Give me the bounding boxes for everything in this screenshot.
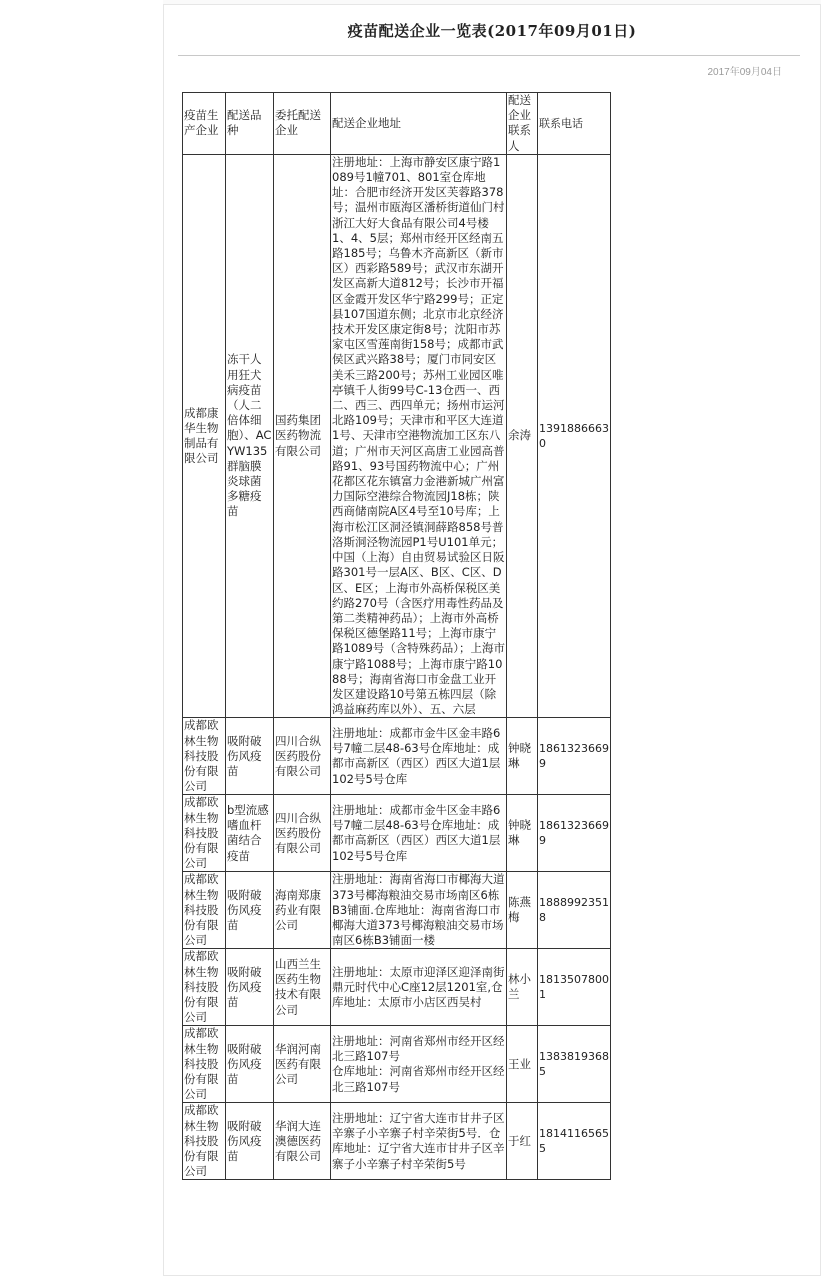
table-row: 成都欧林生物科技股份有限公司 吸附破伤风疫苗 华润河南医药有限公司 注册地址：河… [183,1026,611,1103]
cell-manufacturer: 成都欧林生物科技股份有限公司 [183,718,226,795]
cell-contact: 林小兰 [507,949,538,1026]
cell-product: 吸附破伤风疫苗 [226,1026,274,1103]
cell-contact: 余涛 [507,154,538,718]
cell-manufacturer: 成都欧林生物科技股份有限公司 [183,949,226,1026]
header-manufacturer: 疫苗生产企业 [183,93,226,155]
cell-product: 吸附破伤风疫苗 [226,1103,274,1180]
cell-distributor: 国药集团医药物流有限公司 [274,154,331,718]
publish-date: 2017年09月04日 [708,63,783,78]
cell-contact: 王业 [507,1026,538,1103]
table-row: 成都欧林生物科技股份有限公司 b型流感嗜血杆菌结合疫苗 四川合纵医药股份有限公司… [183,795,611,872]
cell-distributor: 山西兰生医药生物技术有限公司 [274,949,331,1026]
table-row: 成都康华生物制品有限公司 冻干人用狂犬病疫苗（人二倍体细胞）、ACYW135群脑… [183,154,611,718]
cell-phone: 18889923518 [538,872,611,949]
title-divider [178,55,800,56]
cell-product: 吸附破伤风疫苗 [226,872,274,949]
cell-phone: 18135078001 [538,949,611,1026]
cell-phone: 18613236699 [538,795,611,872]
cell-product: 吸附破伤风疫苗 [226,718,274,795]
header-address: 配送企业地址 [331,93,507,155]
vaccine-distributor-table: 疫苗生产企业 配送品种 委托配送企业 配送企业地址 配送企业联系人 联系电话 成… [182,92,611,1180]
cell-manufacturer: 成都康华生物制品有限公司 [183,154,226,718]
cell-manufacturer: 成都欧林生物科技股份有限公司 [183,1103,226,1180]
cell-address: 注册地址：成都市金牛区金丰路6号7幢二层48-63号仓库地址：成都市高新区（西区… [331,718,507,795]
cell-manufacturer: 成都欧林生物科技股份有限公司 [183,872,226,949]
header-phone: 联系电话 [538,93,611,155]
cell-distributor: 海南郑康药业有限公司 [274,872,331,949]
table-header-row: 疫苗生产企业 配送品种 委托配送企业 配送企业地址 配送企业联系人 联系电话 [183,93,611,155]
header-distributor: 委托配送企业 [274,93,331,155]
table-row: 成都欧林生物科技股份有限公司 吸附破伤风疫苗 山西兰生医药生物技术有限公司 注册… [183,949,611,1026]
header-product: 配送品种 [226,93,274,155]
cell-distributor: 四川合纵医药股份有限公司 [274,718,331,795]
cell-product: 吸附破伤风疫苗 [226,949,274,1026]
cell-address: 注册地址：海南省海口市椰海大道373号椰海粮油交易市场南区6栋B3铺面.仓库地址… [331,872,507,949]
cell-distributor: 华润大连澳德医药有限公司 [274,1103,331,1180]
cell-address: 注册地址：太原市迎泽区迎泽南街鼎元时代中心C座12层1201室,仓库地址：太原市… [331,949,507,1026]
cell-phone: 13838193685 [538,1026,611,1103]
table-row: 成都欧林生物科技股份有限公司 吸附破伤风疫苗 四川合纵医药股份有限公司 注册地址… [183,718,611,795]
cell-address: 注册地址：成都市金牛区金丰路6号7幢二层48-63号仓库地址：成都市高新区（西区… [331,795,507,872]
cell-address: 注册地址：河南省郑州市经开区经北三路107号 仓库地址：河南省郑州市经开区经北三… [331,1026,507,1103]
cell-contact: 于红 [507,1103,538,1180]
table-row: 成都欧林生物科技股份有限公司 吸附破伤风疫苗 华润大连澳德医药有限公司 注册地址… [183,1103,611,1180]
cell-distributor: 四川合纵医药股份有限公司 [274,795,331,872]
table-row: 成都欧林生物科技股份有限公司 吸附破伤风疫苗 海南郑康药业有限公司 注册地址：海… [183,872,611,949]
cell-address: 注册地址：上海市静安区康宁路1089号1幢701、801室仓库地址：合肥市经济开… [331,154,507,718]
cell-product: b型流感嗜血杆菌结合疫苗 [226,795,274,872]
cell-contact: 钟晓琳 [507,795,538,872]
cell-contact: 钟晓琳 [507,718,538,795]
cell-phone: 13918866630 [538,154,611,718]
header-contact: 配送企业联系人 [507,93,538,155]
cell-phone: 18141165655 [538,1103,611,1180]
cell-manufacturer: 成都欧林生物科技股份有限公司 [183,795,226,872]
cell-contact: 陈燕梅 [507,872,538,949]
cell-phone: 18613236699 [538,718,611,795]
cell-product: 冻干人用狂犬病疫苗（人二倍体细胞）、ACYW135群脑膜炎球菌多糖疫苗 [226,154,274,718]
page-title: 疫苗配送企业一览表(2017年09月01日) [163,20,821,41]
cell-manufacturer: 成都欧林生物科技股份有限公司 [183,1026,226,1103]
cell-distributor: 华润河南医药有限公司 [274,1026,331,1103]
cell-address: 注册地址：辽宁省大连市甘井子区辛寨子小辛寨子村辛荣街5号．仓库地址：辽宁省大连市… [331,1103,507,1180]
